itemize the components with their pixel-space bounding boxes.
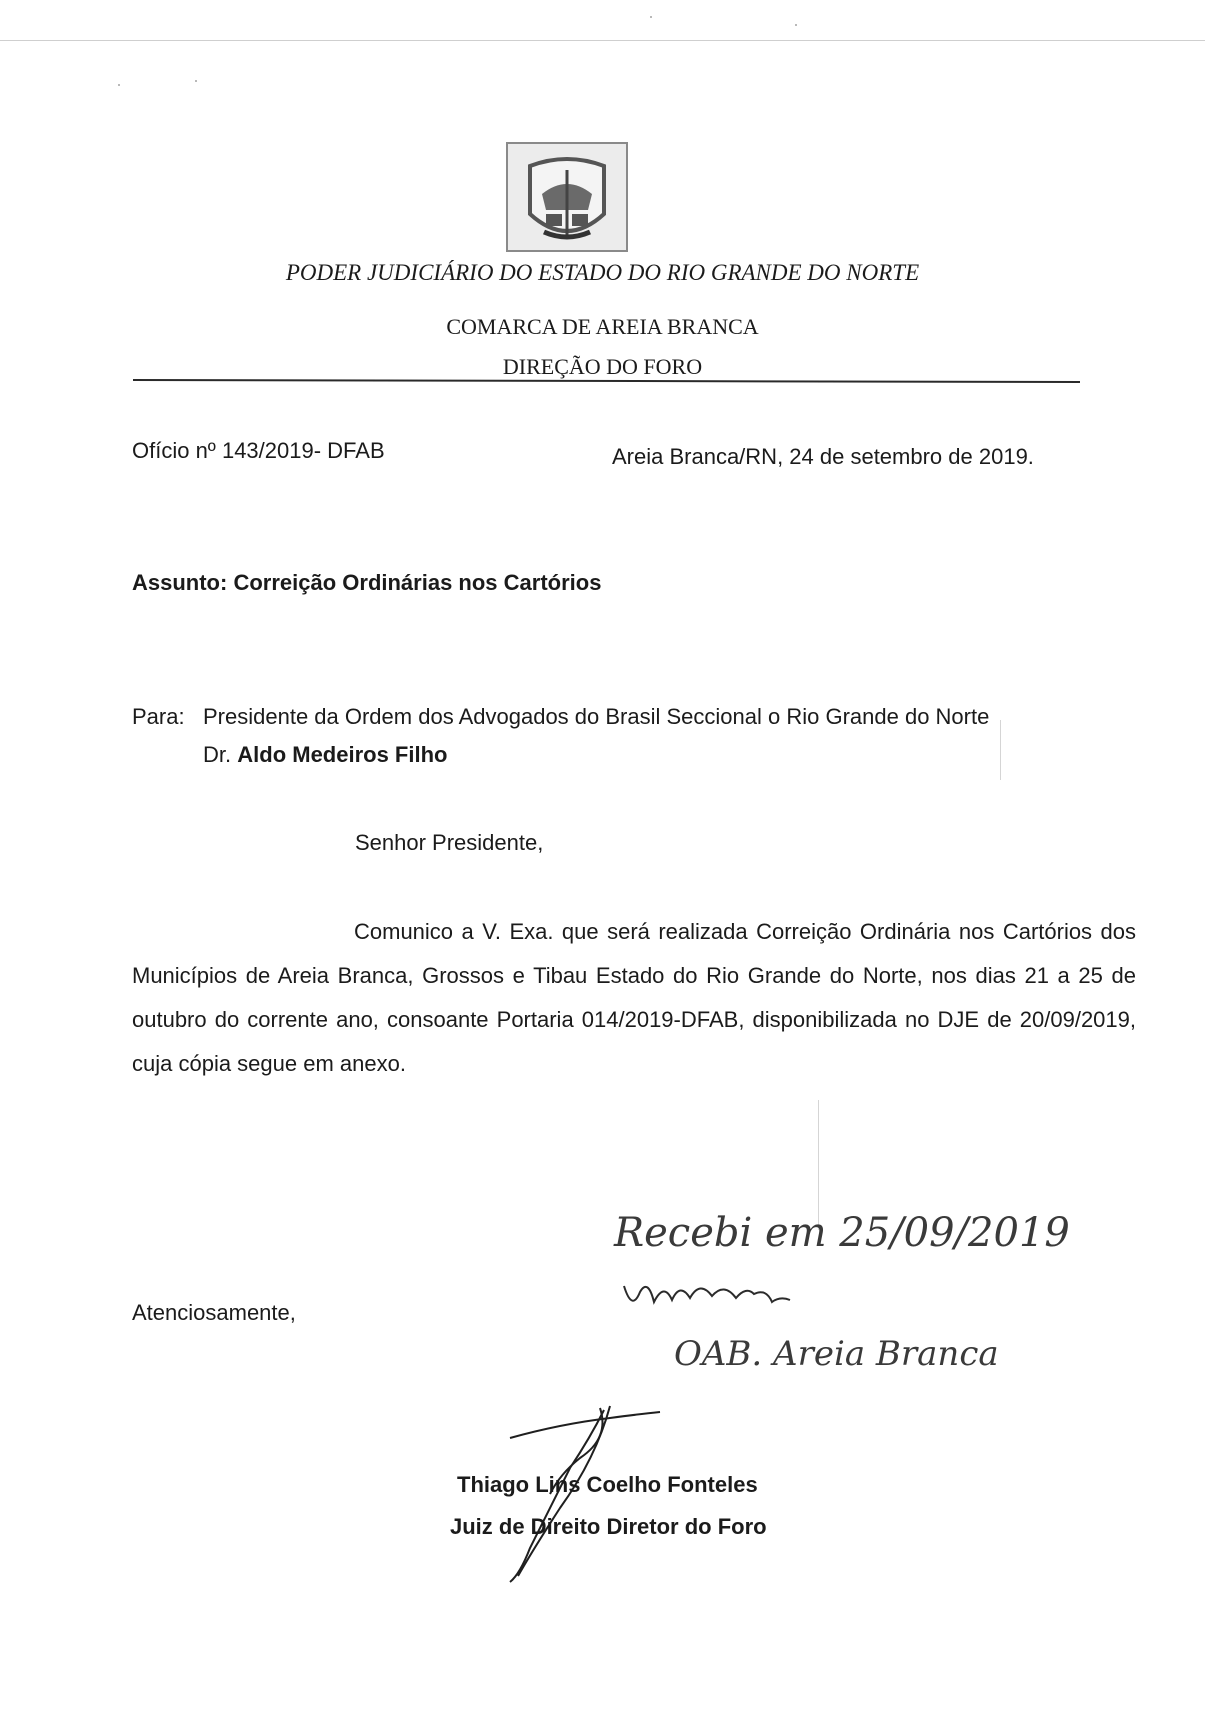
recipient-title: Dr. <box>203 742 231 767</box>
closing: Atenciosamente, <box>132 1302 296 1324</box>
office-letter-number: Ofício nº 143/2019- DFAB <box>132 440 385 462</box>
signatory-role: Juiz de Direito Diretor do Foro <box>450 1516 767 1538</box>
body-paragraph: Comunico a V. Exa. que será realizada Co… <box>132 910 1136 1086</box>
scan-speck <box>118 84 120 86</box>
scan-speck <box>650 16 652 18</box>
scan-artifact-line <box>1000 720 1001 780</box>
district-name: COMARCA DE AREIA BRANCA <box>0 314 1205 340</box>
court-name: PODER JUDICIÁRIO DO ESTADO DO RIO GRANDE… <box>0 260 1205 286</box>
scan-edge-line <box>0 40 1205 41</box>
scan-speck <box>195 80 197 82</box>
place-and-date: Areia Branca/RN, 24 de setembro de 2019. <box>612 446 1034 468</box>
subject-line: Assunto: Correição Ordinárias nos Cartór… <box>132 572 601 594</box>
subject-label: Assunto: <box>132 570 227 595</box>
receipt-note-institution: OAB. Areia Branca <box>674 1334 999 1374</box>
court-coat-of-arms-icon <box>506 142 628 252</box>
recipient-position: Presidente da Ordem dos Advogados do Bra… <box>203 706 989 728</box>
subject-text: Correição Ordinárias nos Cartórios <box>233 570 601 595</box>
scan-speck <box>795 24 797 26</box>
handwritten-signature-icon <box>620 1272 820 1322</box>
department-name: DIREÇÃO DO FORO <box>0 354 1205 380</box>
salutation: Senhor Presidente, <box>355 832 543 854</box>
recipient-name: Aldo Medeiros Filho <box>237 742 447 767</box>
recipient-label: Para: <box>132 706 185 728</box>
receipt-note-date: Recebi em 25/09/2019 <box>614 1210 1070 1256</box>
signatory-name: Thiago Lins Coelho Fonteles <box>457 1474 758 1496</box>
recipient-name-line: Dr. Aldo Medeiros Filho <box>203 744 447 766</box>
